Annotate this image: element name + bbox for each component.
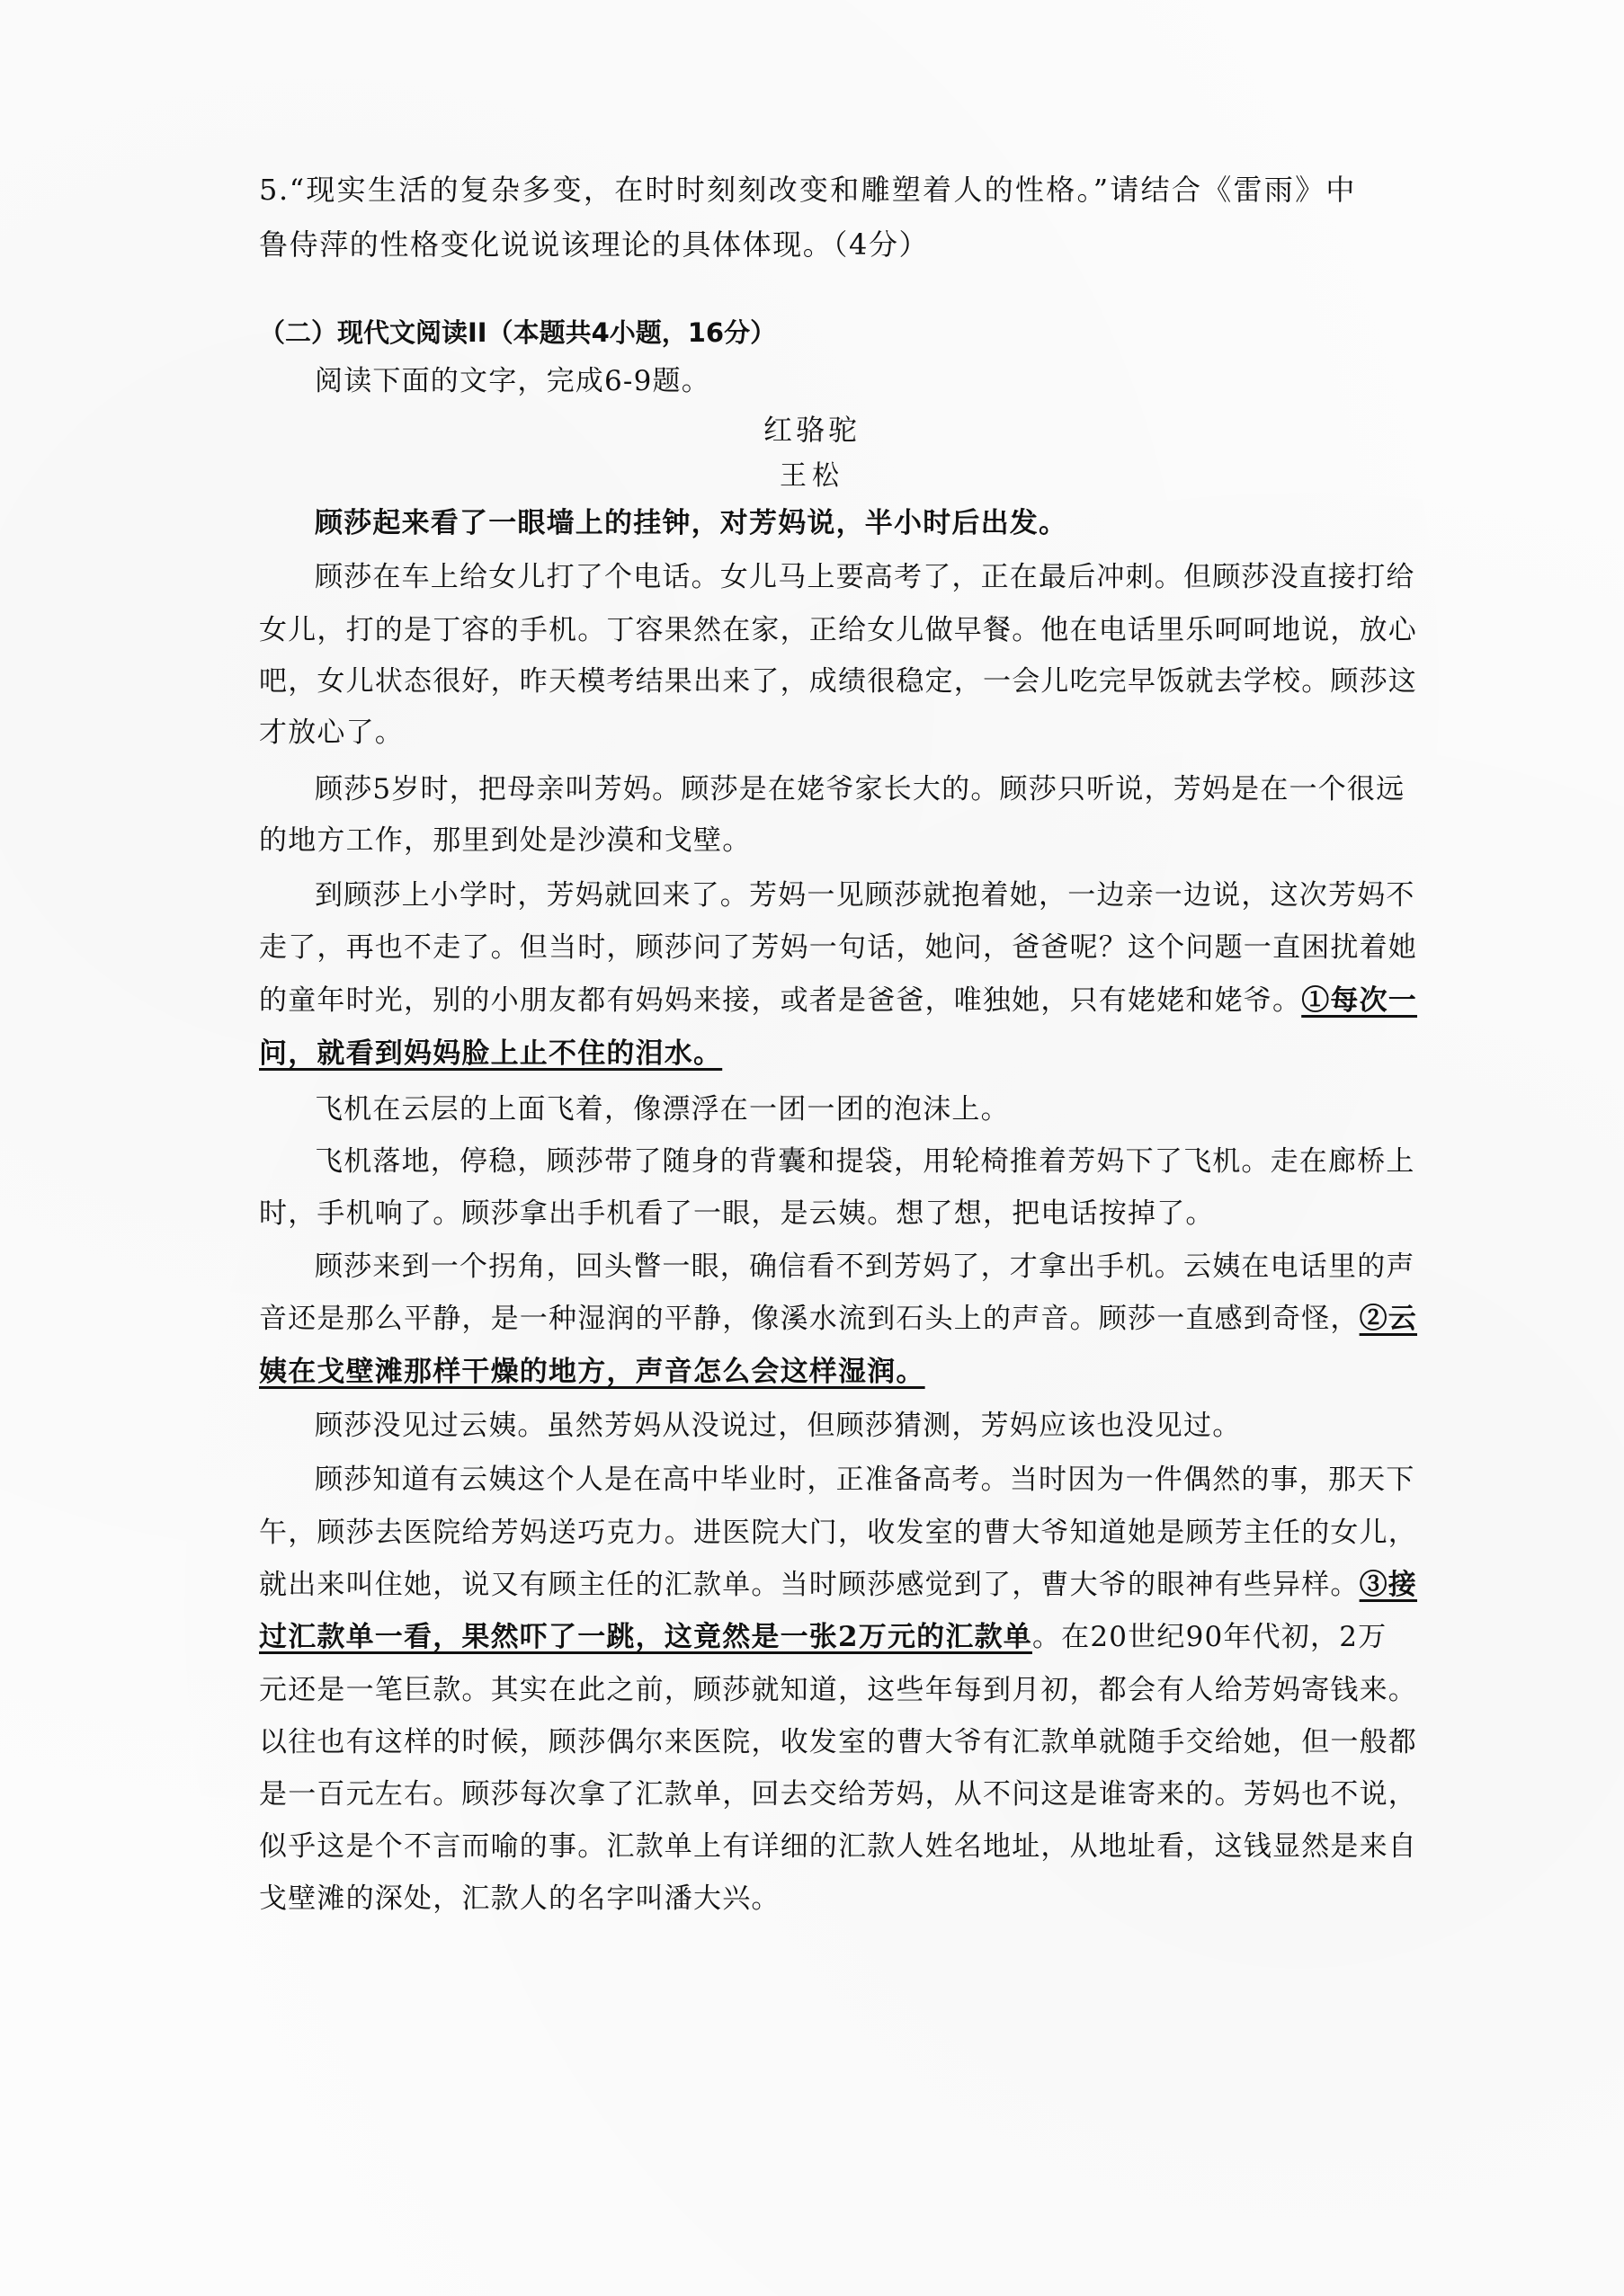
paragraph-line: 过汇款单一看，果然吓了一跳，这竟然是一张2万元的汇款单。在20世纪90年代初，2…: [259, 1619, 1356, 1655]
paragraph-line-with-underline: 就出来叫住她，说又有顾主任的汇款单。当时顾莎感觉到了，曹大爷的眼神有些异样。③接: [259, 1567, 1356, 1603]
paragraph-line: 以往也有这样的时候，顾莎偶尔来医院，收发室的曹大爷有汇款单就随手交给她，但一般都: [259, 1724, 1356, 1760]
paragraph-line: 午，顾莎去医院给芳妈送巧克力。进医院大门，收发室的曹大爷知道她是顾芳主任的女儿，: [259, 1515, 1356, 1551]
underlined-sentence-3-start: ③接: [1360, 1569, 1417, 1601]
paragraph-line: 戈壁滩的深处，汇款人的名字叫潘大兴。: [259, 1881, 1356, 1917]
paragraph-line: 女儿，打的是丁容的手机。丁容果然在家，正给女儿做早餐。他在电话里乐呵呵地说，放心: [259, 612, 1356, 648]
underlined-sentence-3-end: 过汇款单一看，果然吓了一跳，这竟然是一张2万元的汇款单: [259, 1621, 1032, 1653]
paragraph-line: 吧，女儿状态很好，昨天模考结果出来了，成绩很稳定，一会儿吃完早饭就去学校。顾莎这: [259, 663, 1356, 699]
paragraph-line: 的地方工作，那里到处是沙漠和戈壁。: [259, 823, 1356, 859]
paragraph-line: 是一百元左右。顾莎每次拿了汇款单，回去交给芳妈，从不问这是谁寄来的。芳妈也不说，: [259, 1776, 1356, 1812]
underlined-sentence-2-end: 姨在戈壁滩那样干燥的地方，声音怎么会这样湿润。: [259, 1356, 925, 1388]
paragraph-line: 走了，再也不走了。但当时，顾莎问了芳妈一句话，她问，爸爸呢？这个问题一直困扰着她: [259, 930, 1356, 966]
paragraph-line: 顾莎知道有云姨这个人是在高中毕业时，正准备高考。当时因为一件偶然的事，那天下: [315, 1462, 1356, 1498]
paragraph-line: 时，手机响了。顾莎拿出手机看了一眼，是云姨。想了想，把电话按掉了。: [259, 1196, 1356, 1232]
story-author: 王松: [0, 458, 1624, 494]
paragraph-line: 到顾莎上小学时，芳妈就回来了。芳妈一见顾莎就抱着她，一边亲一边说，这次芳妈不: [315, 877, 1356, 913]
paragraph-line: 问，就看到妈妈脸上止不住的泪水。: [259, 1036, 1356, 1072]
underlined-sentence-2-start: ②云: [1360, 1303, 1417, 1335]
paragraph-text: 。在20世纪90年代初，2万: [1032, 1621, 1387, 1653]
paragraph-line-with-underline: 音还是那么平静，是一种湿润的平静，像溪水流到石头上的声音。顾莎一直感到奇怪，②云: [259, 1301, 1356, 1337]
paragraph-line: 才放心了。: [259, 715, 1356, 751]
paragraph-text: 的童年时光，别的小朋友都有妈妈来接，或者是爸爸，唯独她，只有姥姥和姥爷。: [259, 984, 1301, 1017]
paragraph-line: 飞机在云层的上面飞着，像漂浮在一团一团的泡沫上。: [315, 1091, 1356, 1127]
question-5-line-1: 5.“现实生活的复杂多变，在时时刻刻改变和雕塑着人的性格。”请结合《雷雨》中: [259, 172, 1356, 208]
paragraph-text: 音还是那么平静，是一种湿润的平静，像溪水流到石头上的声音。顾莎一直感到奇怪，: [259, 1303, 1360, 1335]
underlined-sentence-1-end: 问，就看到妈妈脸上止不住的泪水。: [259, 1037, 722, 1070]
paragraph-line: 似乎这是个不言而喻的事。汇款单上有详细的汇款人姓名地址，从地址看，这钱显然是来自: [259, 1829, 1356, 1864]
story-title: 红骆驼: [0, 412, 1624, 448]
paragraph-line: 姨在戈壁滩那样干燥的地方，声音怎么会这样湿润。: [259, 1354, 1356, 1390]
paragraph-line: 顾莎起来看了一眼墙上的挂钟，对芳妈说，半小时后出发。: [315, 505, 1356, 541]
section-heading: （二）现代文阅读II（本题共4小题，16分）: [259, 315, 1356, 351]
paragraph-text: 就出来叫住她，说又有顾主任的汇款单。当时顾莎感觉到了，曹大爷的眼神有些异样。: [259, 1569, 1360, 1601]
paragraph-line-with-underline: 的童年时光，别的小朋友都有妈妈来接，或者是爸爸，唯独她，只有姥姥和姥爷。①每次一: [259, 983, 1356, 1019]
question-5-line-2: 鲁侍萍的性格变化说说该理论的具体体现。（4分）: [259, 227, 1356, 263]
paragraph-line: 顾莎没见过云姨。虽然芳妈从没说过，但顾莎猜测，芳妈应该也没见过。: [315, 1408, 1356, 1444]
paragraph-line: 顾莎5岁时，把母亲叫芳妈。顾莎是在姥爷家长大的。顾莎只听说，芳妈是在一个很远: [315, 771, 1356, 807]
paragraph-line: 飞机落地，停稳，顾莎带了随身的背囊和提袋，用轮椅推着芳妈下了飞机。走在廊桥上: [315, 1144, 1356, 1179]
paragraph-line: 顾莎在车上给女儿打了个电话。女儿马上要高考了，正在最后冲刺。但顾莎没直接打给: [315, 559, 1356, 595]
reading-instruction: 阅读下面的文字，完成6-9题。: [315, 363, 1356, 399]
exam-page: 5.“现实生活的复杂多变，在时时刻刻改变和雕塑着人的性格。”请结合《雷雨》中 鲁…: [0, 0, 1624, 2296]
paragraph-line: 元还是一笔巨款。其实在此之前，顾莎就知道，这些年每到月初，都会有人给芳妈寄钱来。: [259, 1672, 1356, 1708]
paragraph-line: 顾莎来到一个拐角，回头瞥一眼，确信看不到芳妈了，才拿出手机。云姨在电话里的声: [315, 1249, 1356, 1285]
underlined-sentence-1-start: ①每次一: [1301, 984, 1417, 1017]
